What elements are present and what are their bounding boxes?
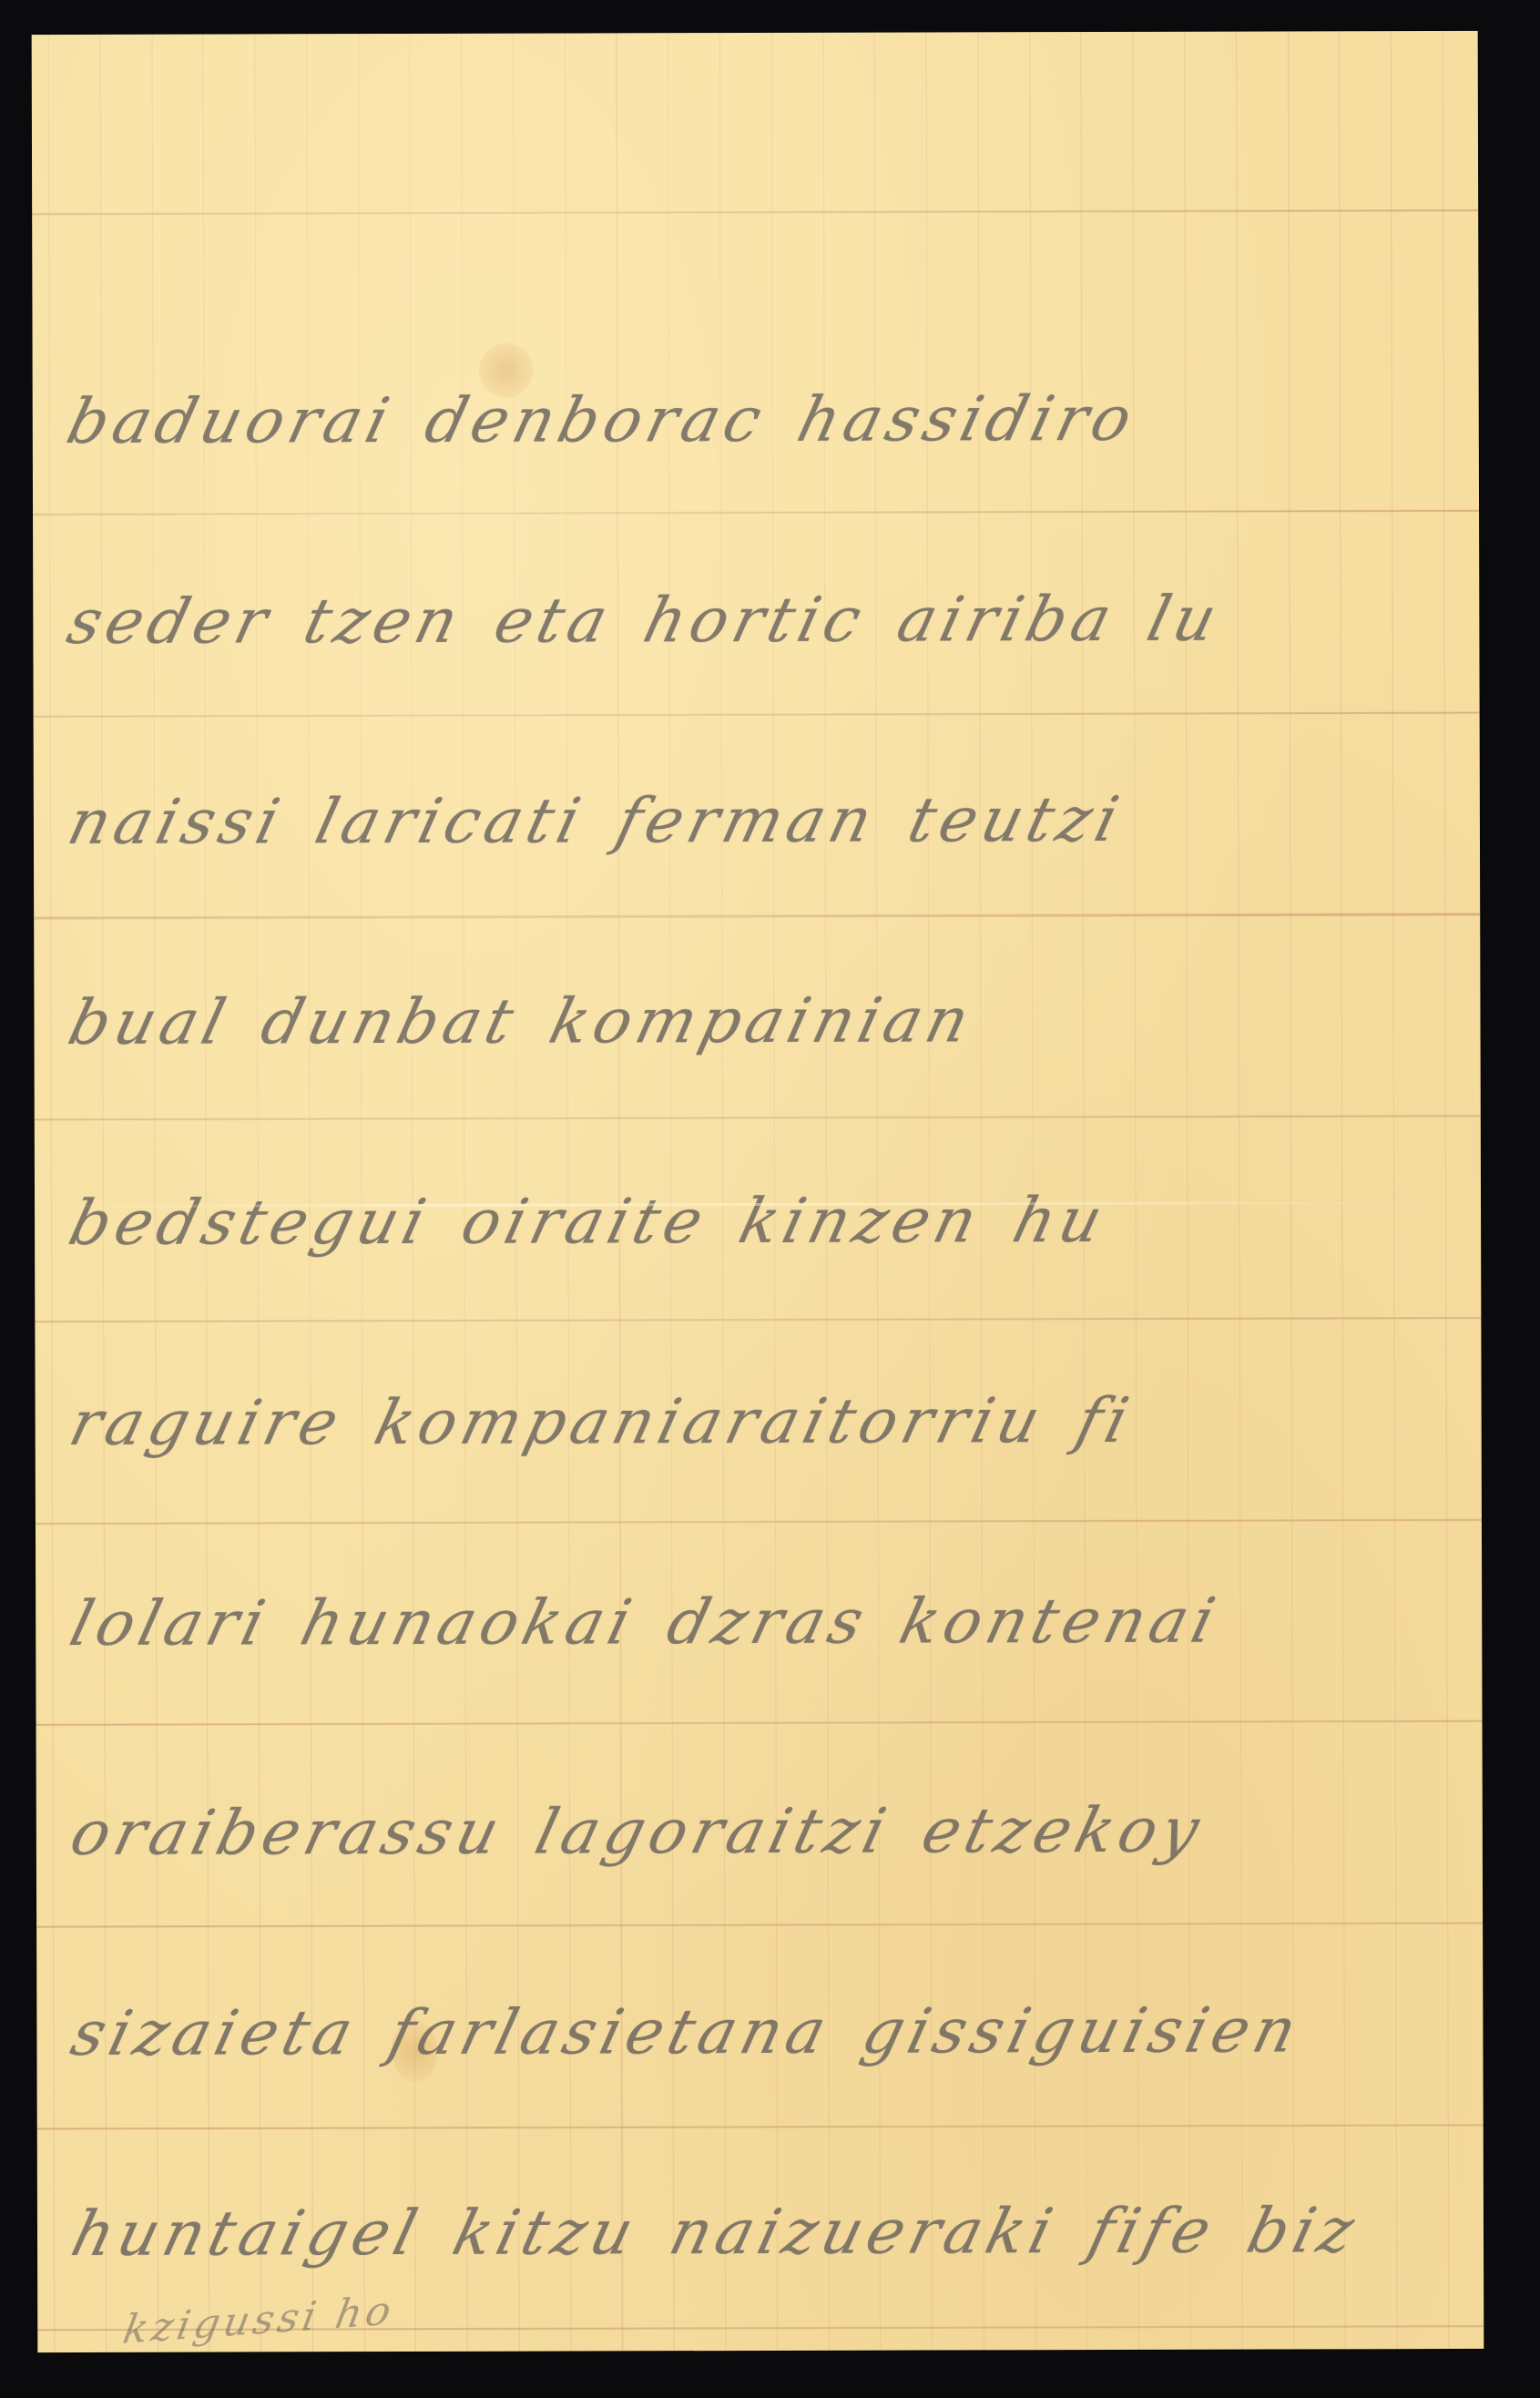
word: biz [1240,2195,1367,2267]
word: naissi [61,786,291,859]
word: kitzu [446,2197,646,2270]
word: seder [60,586,280,658]
word: fife [1081,2196,1223,2268]
word: oraiberassu [64,1797,512,1870]
word: laricati [309,785,593,858]
word: hassidiro [790,383,1144,456]
word: eta [487,585,620,657]
word: hu [1006,1185,1115,1257]
handwritten-body: baduorai denborac hassidiro seder tzen e… [32,31,1484,2352]
word: kompaniaraitorriu [368,1385,1053,1459]
word: sizaieta [65,1997,365,2070]
handwritten-line-5: bedstegui oiraite kinzen hu [62,1147,1472,1260]
word: lolari [63,1587,277,1660]
handwritten-line-10: huntaigel kitzu naizueraki fife biz [65,2158,1474,2270]
handwritten-line-6: raguire kompaniaraitorriu fi [63,1347,1473,1460]
word: hunaokai [294,1587,644,1659]
word: airiba [891,584,1124,657]
word: bedstegui [62,1187,437,1260]
handwritten-line-4: bual dunbat kompainian [62,946,1472,1059]
word: kompainian [543,985,982,1057]
handwritten-line-7: lolari hunaokai dzras kontenai [63,1547,1473,1660]
word: baduorai [60,385,402,458]
word: fi [1069,1385,1140,1457]
word: lu [1140,584,1229,656]
word: dunbat [254,986,525,1059]
word: tzen [297,586,471,658]
word: gissiguisien [855,1995,1309,2067]
word: farlasietana [382,1996,838,2069]
word: bual [62,986,238,1059]
word: huntaigel [65,2198,429,2270]
word: denborac [418,384,774,457]
word: oiraite [454,1186,716,1259]
word: kinzen [732,1185,989,1258]
word: naizueraki [663,2196,1065,2269]
handwritten-line-8: oraiberassu lagoraitzi etzekoy [64,1757,1474,1870]
word: hortic [637,585,873,658]
letter-page: baduorai denborac hassidiro seder tzen e… [32,31,1484,2352]
word: teutzi [902,784,1131,857]
word: ferman [609,785,884,858]
handwritten-line-9: sizaieta farlasietana gissiguisien [65,1957,1474,2070]
word: dzras [660,1587,876,1659]
word: etzekoy [915,1795,1212,1868]
handwritten-line-2: seder tzen eta hortic airiba lu [60,546,1470,658]
handwritten-line-3: naissi laricati ferman teutzi [61,746,1471,859]
word: kontenai [892,1586,1227,1658]
word: lagoraitzi [528,1796,898,1869]
handwritten-line-1: baduorai denborac hassidiro [60,345,1470,458]
word: raguire [63,1387,351,1460]
